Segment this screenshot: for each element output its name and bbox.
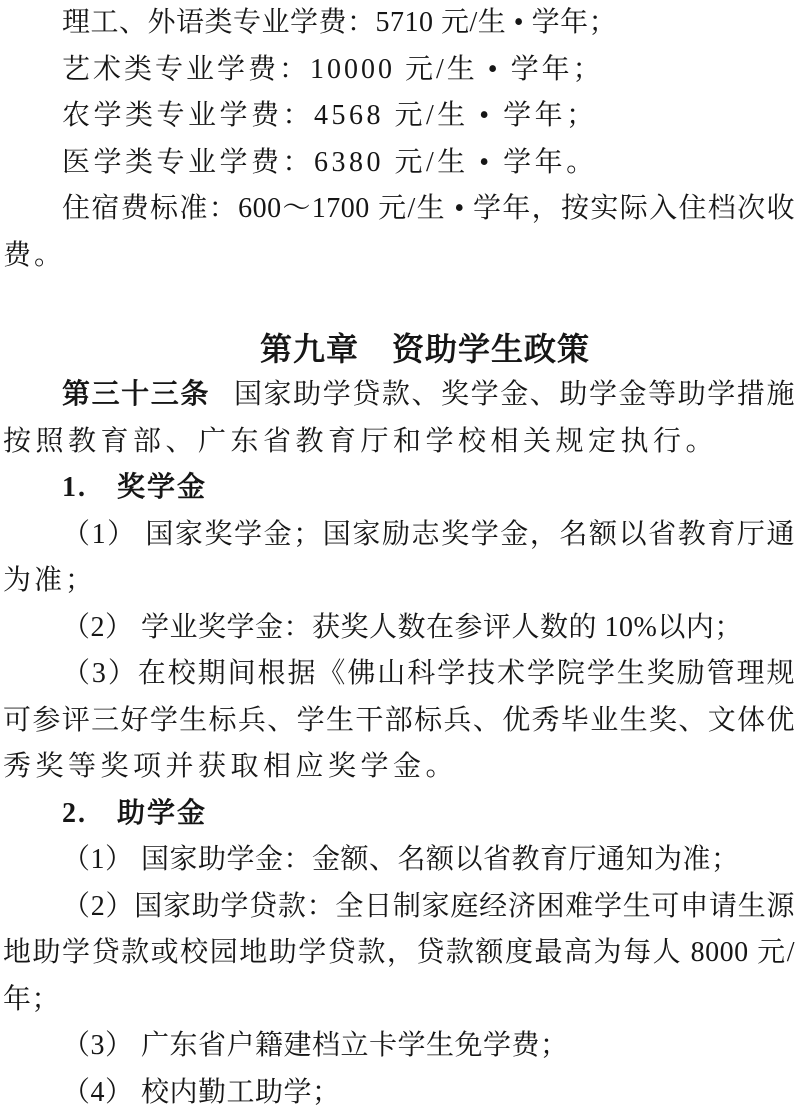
scholarship-item3-line1: （3）在校期间根据《佛山科学技术学院学生奖励管理规定》: [3, 651, 795, 698]
grant-item2-line2: 地助学贷款或校园地助学贷款，贷款额度最高为每人 8000 元/: [3, 930, 795, 977]
scholarship-item3-line2: 可参评三好学生标兵、学生干部标兵、优秀毕业生奖、文体优: [3, 698, 795, 745]
scholarship-item3-line3: 秀奖等奖项并获取相应奖学金。: [3, 744, 795, 791]
tuition-line-arts: 艺术类专业学费：10000 元/生 • 学年；: [3, 47, 795, 94]
article33-line1: 第三十三条国家助学贷款、奖学金、助学金等助学措施: [3, 372, 795, 419]
scholarship-item1-line1: （1） 国家奖学金；国家励志奖学金，名额以省教育厅通知: [3, 512, 795, 559]
grant-item3: （3） 广东省户籍建档立卡学生免学费；: [3, 1023, 795, 1070]
grant-section-header: 2. 助学金: [3, 791, 795, 838]
chapter-heading: 第九章 资助学生政策: [29, 326, 800, 373]
grant-item1: （1） 国家助学金：金额、名额以省教育厅通知为准；: [3, 837, 795, 884]
scholarship-section-header: 1. 奖学金: [3, 465, 795, 512]
grant-item4: （4） 校内勤工助学；: [3, 1070, 795, 1114]
article33-term: 第三十三条: [62, 379, 210, 410]
accommodation-fee-line1: 住宿费标准：600～1700 元/生 • 学年，按实际入住档次收: [3, 186, 795, 233]
article33-line1-text: 国家助学贷款、奖学金、助学金等助学措施: [234, 379, 795, 410]
accommodation-fee-line2: 费。: [3, 233, 795, 280]
tuition-line-science-language: 理工、外语类专业学费：5710 元/生 • 学年；: [3, 0, 795, 47]
tuition-line-medicine: 医学类专业学费：6380 元/生 • 学年。: [3, 140, 795, 187]
scholarship-item2: （2） 学业奖学金：获奖人数在参评人数的 10%以内；: [3, 605, 795, 652]
grant-item2-line1: （2）国家助学贷款：全日制家庭经济困难学生可申请生源: [3, 884, 795, 931]
tuition-line-agriculture: 农学类专业学费：4568 元/生 • 学年；: [3, 93, 795, 140]
grant-item2-line3: 年；: [3, 977, 795, 1024]
scanned-document-page: 理工、外语类专业学费：5710 元/生 • 学年； 艺术类专业学费：10000 …: [0, 0, 800, 1114]
scholarship-item1-line2: 为准；: [3, 558, 795, 605]
article33-line2: 按照教育部、广东省教育厅和学校相关规定执行。: [3, 419, 795, 466]
